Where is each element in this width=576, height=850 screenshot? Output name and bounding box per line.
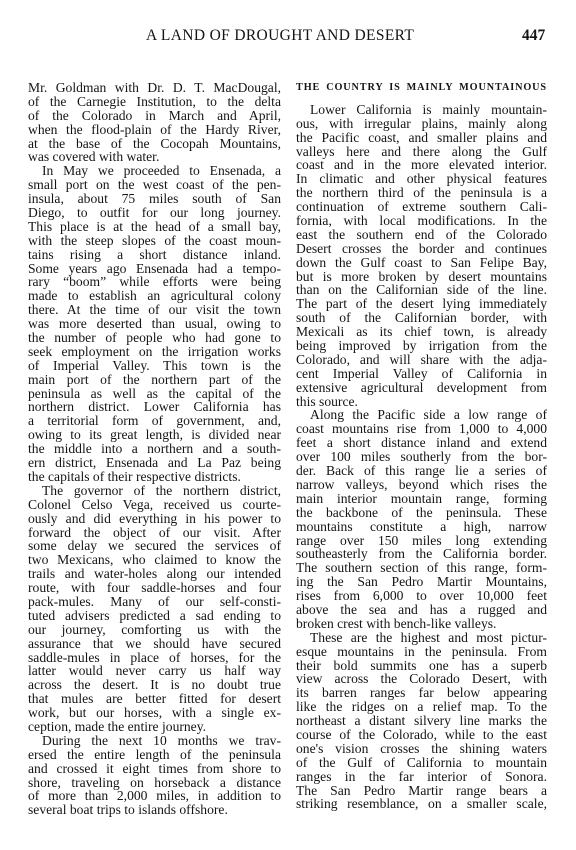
text-line: of more than 2,000 miles, in addition to xyxy=(28,789,281,803)
text-line: valleys here and there along the Gulf xyxy=(296,145,547,159)
text-line: was more deserted than usual, owing to xyxy=(28,317,281,331)
text-line: over 100 miles southerly from the bor- xyxy=(296,450,547,464)
text-line: pack-mules. Many of our self-consti- xyxy=(28,595,281,609)
text-line: this source. xyxy=(296,395,547,409)
text-line: Colonel Celso Vega, received us courte- xyxy=(28,498,281,512)
text-line: the capitals of their respective distric… xyxy=(28,470,281,484)
text-line: Along the Pacific side a low range of xyxy=(296,408,547,422)
text-line: there. At the time of our visit the town xyxy=(28,303,281,317)
text-line: was covered with water. xyxy=(28,150,281,164)
right-column: THE COUNTRY IS MAINLY MOUNTAINOUS Lower … xyxy=(296,81,547,811)
text-line: several boat trips to islands offshore. xyxy=(28,803,281,817)
text-line: coast mountains rise from 1,000 to 4,000 xyxy=(296,422,547,436)
text-line: Desert crosses the border and continues xyxy=(296,242,547,256)
text-line: Mexicali as its chief town, is already xyxy=(296,325,547,339)
text-line: shore, traveling on horseback a distance xyxy=(28,776,281,790)
text-line: ern district, Ensenada and La Paz being xyxy=(28,456,281,470)
text-line: range over 150 miles long extending xyxy=(296,534,547,548)
text-line: esque mountains in the peninsula. From xyxy=(296,645,547,659)
text-line: narrow valleys, beyond which rises the xyxy=(296,478,547,492)
text-line: cent Imperial Valley of California in xyxy=(296,367,547,381)
text-line: with the steep slopes of the coast moun- xyxy=(28,234,281,248)
page-header: A LAND OF DROUGHT AND DESERT 447 xyxy=(0,27,576,47)
text-line: the northern third of the peninsula is a xyxy=(296,186,547,200)
running-title: A LAND OF DROUGHT AND DESERT xyxy=(146,27,414,45)
text-line: of the Carnegie Institution, to the delt… xyxy=(28,95,281,109)
text-line: southeasterly from the California border… xyxy=(296,547,547,561)
text-line: course of the Colorado, while to the eas… xyxy=(296,728,547,742)
text-line: its barren ranges far below appearing xyxy=(296,686,547,700)
text-line: tains rising a short distance inland. xyxy=(28,248,281,262)
text-line: tuted advisers predicted a sad ending to xyxy=(28,609,281,623)
text-line: ous, with irregular plains, mainly along xyxy=(296,117,547,131)
text-line: the middle into a northern and a south- xyxy=(28,442,281,456)
text-line: Colorado, and will share with the adja- xyxy=(296,353,547,367)
text-line: fornia, with local modifications. In the xyxy=(296,214,547,228)
text-line: that mules are better fitted for desert xyxy=(28,692,281,706)
text-line: route, with four saddle-horses and four xyxy=(28,581,281,595)
text-line: one's vision crosses the shining waters xyxy=(296,742,547,756)
text-line: assurance that we should have secured xyxy=(28,637,281,651)
text-line: across the desert. It is no doubt true xyxy=(28,678,281,692)
text-line: feet a short distance inland and extend xyxy=(296,436,547,450)
text-line: mountains constitute a high, narrow xyxy=(296,520,547,534)
text-line: This place is at the head of a small bay… xyxy=(28,220,281,234)
text-line: at the base of the Cocopah Mountains, xyxy=(28,137,281,151)
text-line: being improved by irrigation from the xyxy=(296,339,547,353)
text-line: of Imperial Valley. This town is the xyxy=(28,359,281,373)
text-line: above the sea and has a rugged and xyxy=(296,603,547,617)
text-line: trails and water-holes along our intende… xyxy=(28,567,281,581)
text-line: main interior mountain range, forming xyxy=(296,492,547,506)
text-line: ranges in the far interior of Sonora. xyxy=(296,770,547,784)
text-line: ously and did everything in his power to xyxy=(28,512,281,526)
text-line: but is more broken by desert mountains xyxy=(296,270,547,284)
text-line: rary “boom” while efforts were being xyxy=(28,275,281,289)
text-line: forward the object of our visit. After xyxy=(28,526,281,540)
text-line: rises from 6,000 to over 10,000 feet xyxy=(296,589,547,603)
text-line: Lower California is mainly mountain- xyxy=(296,103,547,117)
text-line: continuation of extreme southern Cali- xyxy=(296,200,547,214)
text-line: striking resemblance, on a smaller scale… xyxy=(296,797,547,811)
page-number: 447 xyxy=(522,27,545,45)
text-line: of the Colorado in March and April, xyxy=(28,109,281,123)
text-line: The southern section of this range, form… xyxy=(296,561,547,575)
text-line: like the ridges on a relief map. To the xyxy=(296,700,547,714)
text-line: owing to its great length, is divided ne… xyxy=(28,428,281,442)
text-line: east the southern end of the Colorado xyxy=(296,228,547,242)
text-line: The San Pedro Martir range bears a xyxy=(296,784,547,798)
text-line: coast and in the more elevated interior. xyxy=(296,158,547,172)
text-line: In climatic and other physical features xyxy=(296,172,547,186)
text-line: The part of the desert lying immediately xyxy=(296,297,547,311)
text-line: insula, about 75 miles south of San xyxy=(28,192,281,206)
text-line: down the Gulf coast to San Felipe Bay, xyxy=(296,256,547,270)
text-line: extensive agricultural development from xyxy=(296,381,547,395)
text-line: These are the highest and most pictur- xyxy=(296,631,547,645)
text-line: Some years ago Ensenada had a tempo- xyxy=(28,262,281,276)
text-line: view across the Colorado Desert, with xyxy=(296,672,547,686)
text-line: seek employment on the irrigation works xyxy=(28,345,281,359)
text-line: In May we proceeded to Ensenada, a xyxy=(28,164,281,178)
text-line: der. Back of this range lie a series of xyxy=(296,464,547,478)
text-line: ception, made the entire journey. xyxy=(28,720,281,734)
text-line: some delay we secured the services of xyxy=(28,539,281,553)
text-line: the number of people who had gone to xyxy=(28,331,281,345)
text-line: northeast a distant silvery line marks t… xyxy=(296,714,547,728)
right-column-body: Lower California is mainly mountain-ous,… xyxy=(296,103,547,811)
text-line: two Mexicans, who claimed to know the xyxy=(28,553,281,567)
text-line: than on the Californian side of the line… xyxy=(296,283,547,297)
text-line: During the next 10 months we trav- xyxy=(28,734,281,748)
text-line: broken crest with bench-like valleys. xyxy=(296,617,547,631)
text-line: latter would never carry us half way xyxy=(28,664,281,678)
text-line: when the flood-plain of the Hardy River, xyxy=(28,123,281,137)
text-line: ing the San Pedro Martir Mountains, xyxy=(296,575,547,589)
text-line: Diego, to outfit for our long journey. xyxy=(28,206,281,220)
text-line: our journey, comforting us with the xyxy=(28,623,281,637)
text-line: The governor of the northern district, xyxy=(28,484,281,498)
text-line: northern district. Lower California has xyxy=(28,400,281,414)
text-line: of the Gulf of California to mountain xyxy=(296,756,547,770)
left-column: Mr. Goldman with Dr. D. T. MacDougal,of … xyxy=(28,81,281,817)
text-line: a territorial form of government, and, xyxy=(28,414,281,428)
text-line: saddle-mules in place of horses, for the xyxy=(28,651,281,665)
text-line: work, but our horses, with a single ex- xyxy=(28,706,281,720)
text-line: south of the Californian border, with xyxy=(296,311,547,325)
text-line: main port of the northern part of the xyxy=(28,373,281,387)
text-line: small port on the west coast of the pen- xyxy=(28,178,281,192)
text-line: made to establish an agricultural colony xyxy=(28,289,281,303)
text-line: and crossed it eight times from shore to xyxy=(28,762,281,776)
section-heading: THE COUNTRY IS MAINLY MOUNTAINOUS xyxy=(296,81,547,95)
text-line: ersed the entire length of the peninsula xyxy=(28,748,281,762)
text-line: the Pacific coast, and smaller plains an… xyxy=(296,131,547,145)
text-line: Mr. Goldman with Dr. D. T. MacDougal, xyxy=(28,81,281,95)
text-line: their bold summits one has a superb xyxy=(296,659,547,673)
text-line: the backbone of the peninsula. These xyxy=(296,506,547,520)
text-line: peninsula as well as the capital of the xyxy=(28,387,281,401)
